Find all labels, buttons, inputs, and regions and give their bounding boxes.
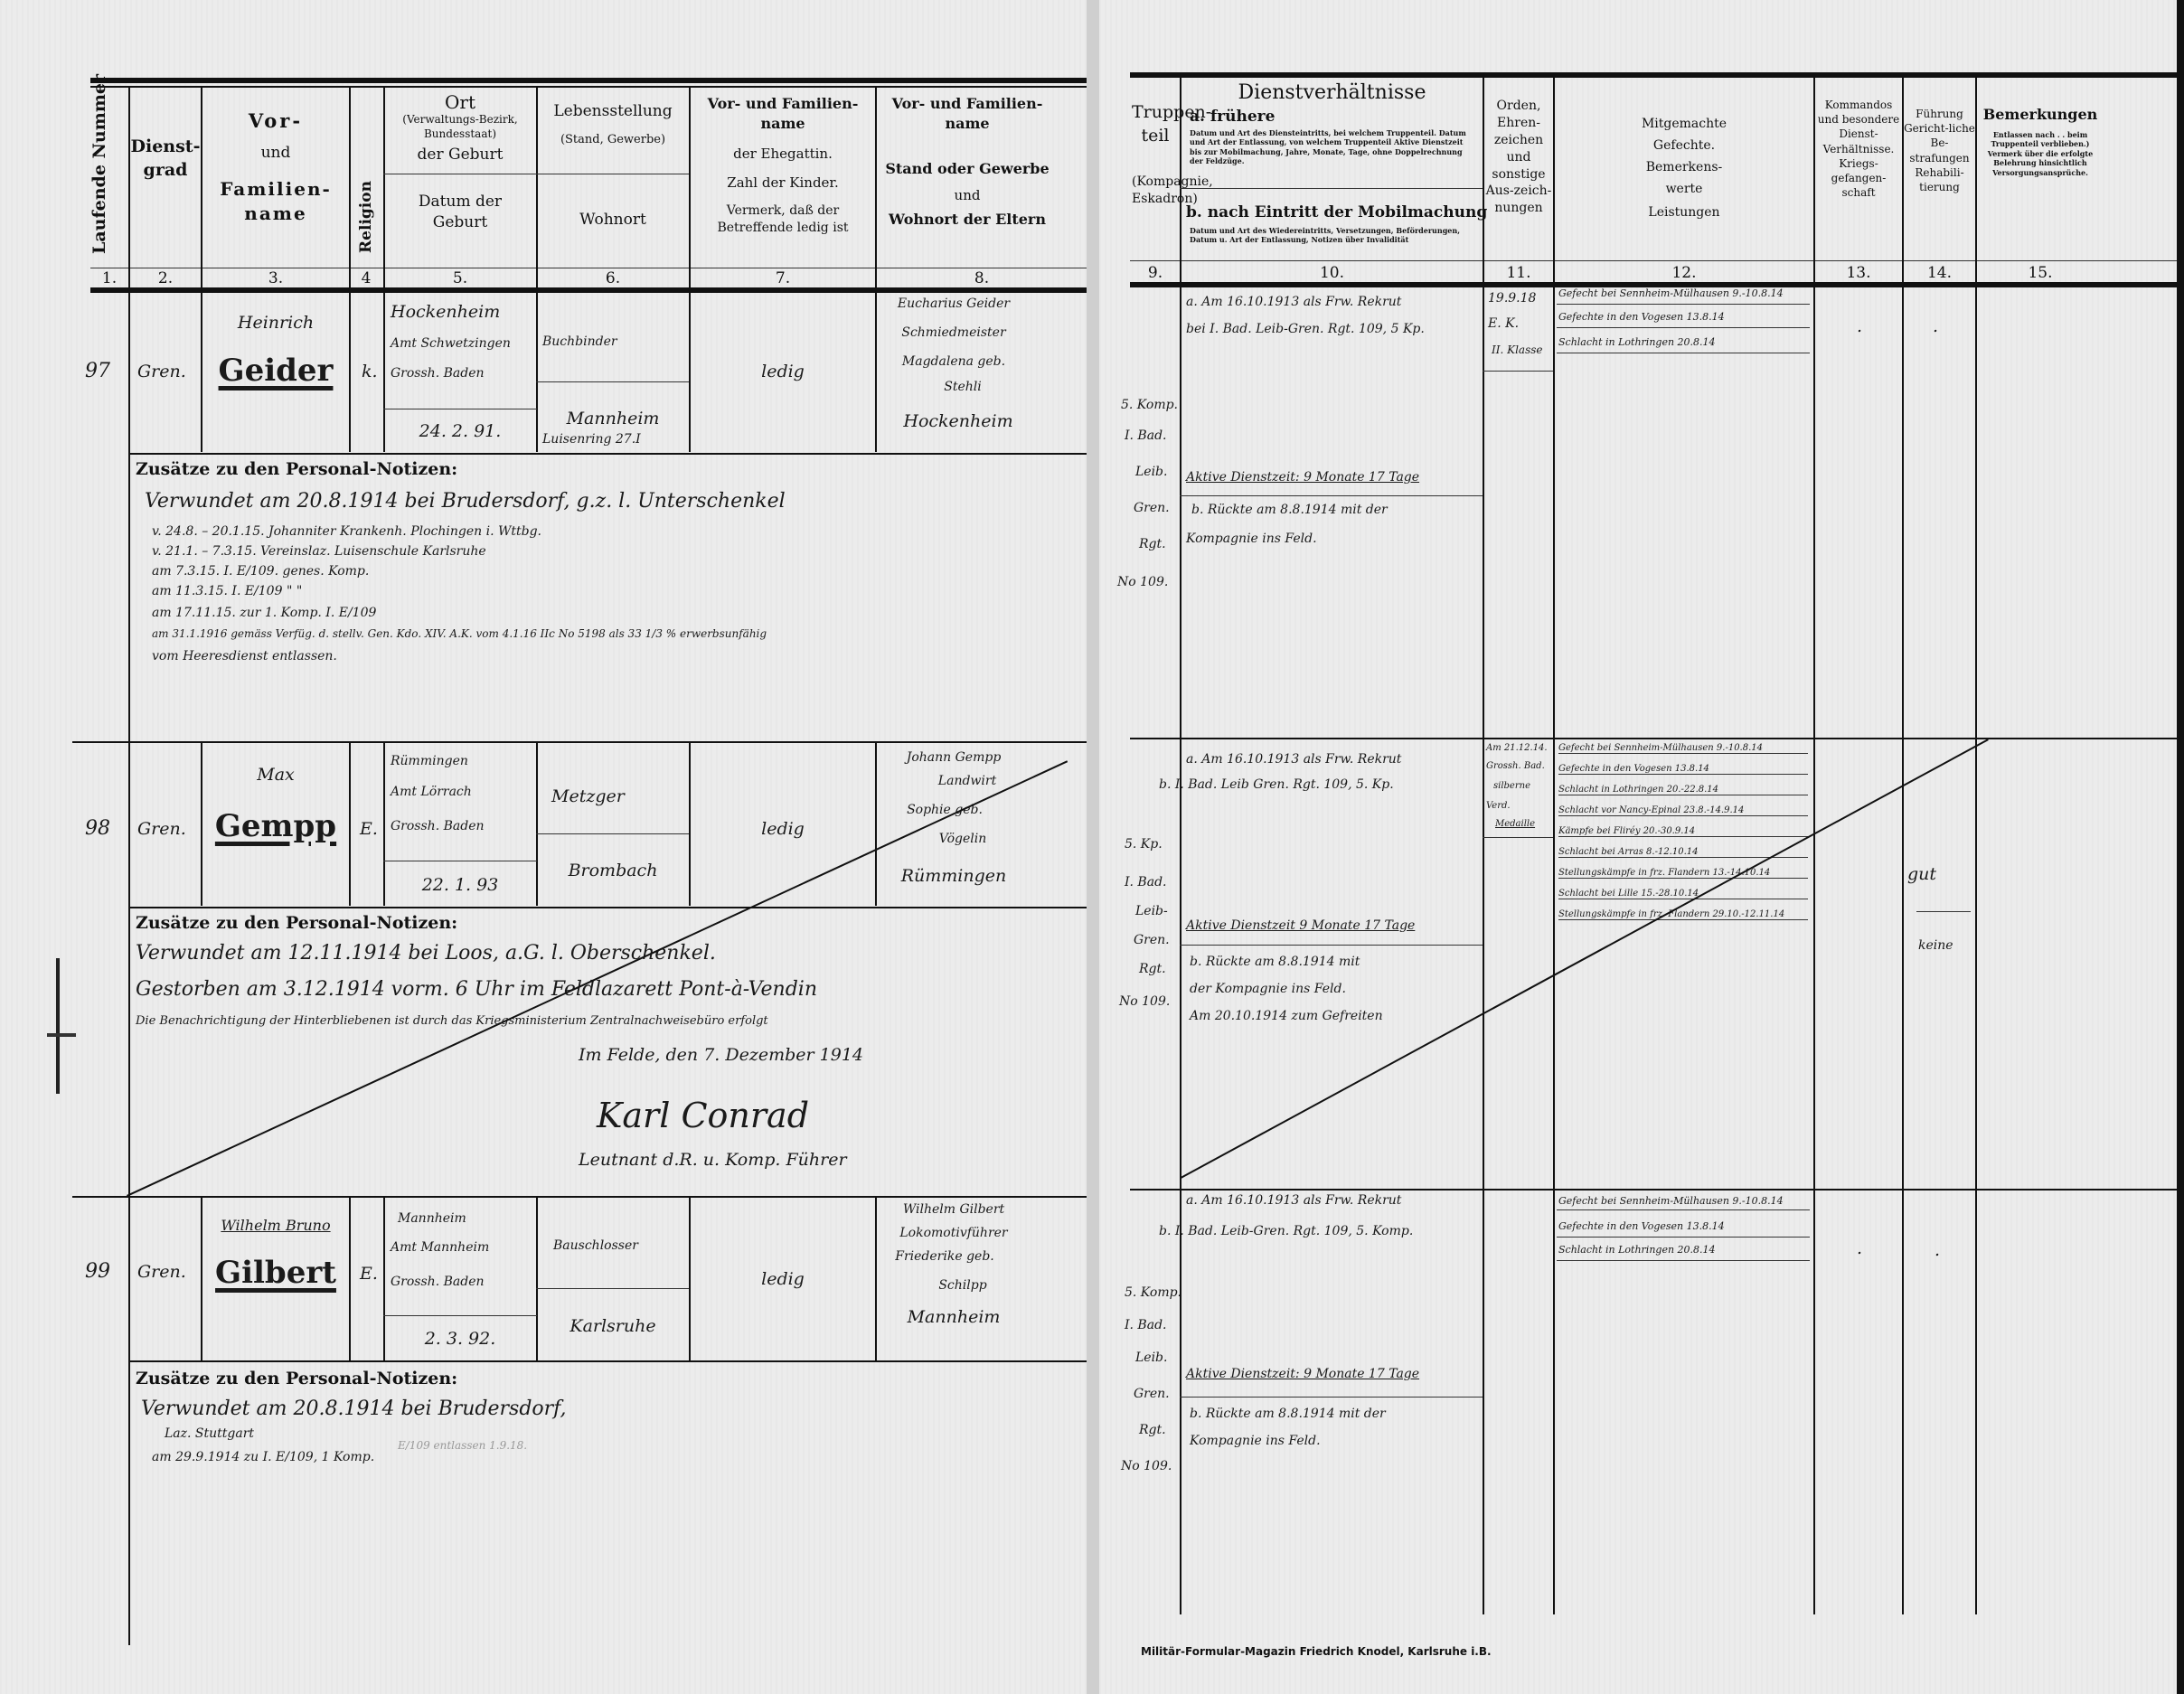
vorname: Heinrich [202,313,349,333]
eltern-4: Stehli [877,380,1049,394]
zusatz-line: Gestorben am 3.12.1914 vorm. 6 Uhr im Fe… [136,978,817,1001]
gefecht: Schlacht vor Nancy-Epinal 23.8.-14.9.14 [1558,805,1808,816]
dienst-a-2: b. I. Bad. Leib-Gren. Rgt. 109, 5. Komp. [1159,1224,1413,1238]
zusatz-line: Laz. Stuttgart [165,1426,254,1441]
truppenteil-5: Rgt. [1139,1423,1166,1437]
zusatz-line: am 31.1.1916 gemäss Verfüg. d. stellv. G… [152,627,767,640]
colnum-5: 5. [385,269,535,287]
eltern-2: Schmiedmeister [877,325,1031,340]
gefecht: Schlacht in Lothringen 20.8.14 [1558,1244,1716,1256]
place-date: Im Felde, den 7. Dezember 1914 [579,1045,863,1065]
kommandos: . [1857,1238,1862,1258]
familienstand: ledig [691,819,875,839]
religion: E. [360,1264,378,1284]
truppenteil-2: I. Bad. [1125,1318,1166,1332]
orden-1: Am 21.12.14. [1486,743,1548,753]
truppenteil-4: Gren. [1134,501,1170,515]
dienst-b-1: b. Rückte am 8.8.1914 mit [1190,955,1360,969]
header-fruehere-desc: Datum und Art des Diensteintritts, bei w… [1190,128,1477,166]
signature: Karl Conrad [597,1096,809,1135]
header-fruehere: a. frühere [1190,107,1275,127]
geburtsort-1: Mannheim [398,1211,466,1226]
dienst-a-1: a. Am 16.10.1913 als Frw. Rekrut [1186,752,1401,767]
stand: Bauschlosser [553,1238,638,1253]
header-leistungen: Leistungen [1555,204,1813,221]
eltern-4: Schilpp [895,1278,1031,1293]
colnum-3: 3. [202,269,349,287]
fuehrung: gut [1907,864,1936,884]
eltern-4: Vögelin [895,832,1031,846]
dienstgrad: Gren. [137,362,186,381]
header-ehegattin: der Ehegattin. [691,145,875,163]
geburtsdatum: 22. 1. 93 [385,875,535,895]
eltern-5: Mannheim [877,1307,1031,1327]
fuehrung: . [1933,316,1938,336]
fuehrung: . [1935,1240,1940,1260]
header-dienstgrad: Dienst-grad [130,136,201,182]
truppenteil-3: Leib- [1135,904,1168,918]
familienname: Gilbert [202,1255,349,1291]
dienst-b-2: Kompagnie ins Feld. [1190,1434,1321,1448]
gefecht: Schlacht in Lothringen 20.-22.8.14 [1558,785,1808,795]
geburtsdatum: 2. 3. 92. [385,1329,535,1349]
wohnort-detail: Luisenring 27.I [542,432,641,447]
header-orden: Orden, Ehren-zeichen und sonstige Aus-ze… [1484,98,1553,217]
header-kompagnie: (Kompagnie, Eskadron) [1132,174,1179,208]
dienstgrad: Gren. [137,819,186,839]
vorname: Max [202,765,349,785]
familienname: Gempp [202,808,349,844]
familienstand: ledig [691,362,875,381]
truppenteil-2: I. Bad. [1125,875,1166,889]
header-religion: Religion [357,163,375,271]
dienst-b-2: Kompagnie ins Feld. [1186,532,1317,546]
geburtsort-1: Rümmingen [391,754,468,768]
gefecht: Gefecht bei Sennheim-Mülhausen 9.-10.8.1… [1558,743,1808,754]
geburtsort-2: Amt Lörrach [391,785,472,799]
geburtsort-2: Amt Schwetzingen [391,336,511,351]
dienstgrad: Gren. [137,1262,186,1282]
death-cross-icon [56,958,60,1094]
header-mitgemachte: Mitgemachte [1555,116,1813,133]
orden-3: silberne [1493,781,1530,791]
header-ledig-vermerk: Vermerk, daß der Betreffende ledig ist [696,202,870,237]
orden-1: 19.9.18 [1488,291,1536,306]
left-page [0,0,1087,1694]
header-stand-gewerbe: (Stand, Gewerbe) [538,132,688,148]
familienstand: ledig [691,1269,875,1289]
header-eltern-stand: Stand oder Gewerbe [877,159,1058,179]
header-datum-geburt: Datum der Geburt [412,192,508,233]
eltern-3: Friederike geb. [877,1249,1012,1264]
death-cross-bar [47,1033,76,1037]
gefecht: Stellungskämpfe in frz. Flandern 13.-14.… [1558,868,1808,879]
header-laufende-nummer: Laufende Nummer [89,91,109,254]
truppenteil-2: I. Bad. [1125,428,1166,443]
header-fuehrung: Führung Gericht-liche Be-strafungen Reha… [1904,107,1975,194]
entry-number: 97 [85,360,110,382]
gefecht: Gefecht bei Sennheim-Mülhausen 9.-10.8.1… [1558,1195,1784,1207]
eltern-3: Magdalena geb. [877,354,1031,369]
geburtsort-3: Grossh. Baden [391,819,485,833]
geburtsort-3: Grossh. Baden [391,366,485,381]
aktive-dienstzeit: Aktive Dienstzeit 9 Monate 17 Tage [1186,918,1415,933]
dienst-a-1: a. Am 16.10.1913 als Frw. Rekrut [1186,1193,1401,1208]
geburtsort-1: Hockenheim [391,302,500,322]
zusatz-line: am 7.3.15. I. E/109. genes. Komp. [152,564,369,579]
colnum-2: 2. [130,269,201,287]
book-gutter [1087,0,1099,1694]
header-nach-mobilmachung-desc: Datum und Art des Wiedereintritts, Verse… [1190,226,1477,245]
page-edge [2177,0,2184,1694]
truppenteil-1: 5. Komp. [1121,398,1178,412]
printer-imprint: Militär-Formular-Magazin Friedrich Knode… [1141,1645,1492,1658]
dienst-a-2: b. I. Bad. Leib Gren. Rgt. 109, 5. Kp. [1159,777,1394,792]
colnum-1: 1. [90,269,128,287]
entry-number: 99 [85,1260,110,1283]
header-vorname: Vor- [202,108,349,134]
gefecht: Gefecht bei Sennheim-Mülhausen 9.-10.8.1… [1558,287,1784,299]
header-und: und [202,143,349,164]
gefecht: Kämpfe bei Fliréy 20.-30.9.14 [1558,826,1808,837]
zusatz-title: Zusätze zu den Personal-Notizen: [136,459,457,479]
header-ehegattin-name: Vor- und Familien-name [691,94,875,133]
geburtsdatum: 24. 2. 91. [385,421,535,441]
colnum-12: 12. [1555,264,1813,282]
vorname: Wilhelm Bruno [202,1217,349,1234]
zusatz-line: Verwundet am 20.8.1914 bei Brudersdorf, … [145,490,786,513]
colnum-15: 15. [1977,264,2104,282]
strafen: keine [1918,938,1953,953]
colnum-4: 4 [349,269,383,287]
header-kommandos: Kommandos und besondere Dienst-Verhältni… [1815,98,1902,200]
zusatz-line: Verwundet am 12.11.1914 bei Loos, a.G. l… [136,942,716,965]
header-bemerkens: Bemerkens- [1555,159,1813,176]
header-ort-sub: (Verwaltungs-Bezirk, Bundesstaat) [385,112,535,141]
orden-4: Verd. [1486,801,1511,811]
header-kinder: Zahl der Kinder. [691,174,875,192]
zusatz-line: vom Heeresdienst entlassen. [152,649,337,663]
header-bemerkungen-desc: Entlassen nach . . beim Truppenteil verb… [1982,130,2099,177]
zusatz-line: am 11.3.15. I. E/109 " " [152,584,302,598]
gefecht: Stellungskämpfe in frz. Flandern 29.10.-… [1558,909,1808,920]
dienst-b-3: Am 20.10.1914 zum Gefreiten [1190,1009,1383,1023]
truppenteil-6: No 109. [1121,1459,1172,1473]
wohnort: Brombach [538,861,688,880]
familienname: Geider [202,353,349,389]
entry-number: 98 [85,817,110,840]
eltern-1: Eucharius Geider [877,296,1031,311]
geburtsort-3: Grossh. Baden [391,1275,485,1289]
stand: Metzger [551,786,625,806]
truppenteil-5: Rgt. [1139,962,1166,976]
dienst-a-2: bei I. Bad. Leib-Gren. Rgt. 109, 5 Kp. [1186,322,1425,336]
colnum-8: 8. [877,269,1087,287]
signature-title: Leutnant d.R. u. Komp. Führer [579,1150,847,1170]
header-familienname: Familien-name [212,177,340,226]
truppenteil-6: No 109. [1117,575,1168,589]
zusatz-title: Zusätze zu den Personal-Notizen: [136,1369,457,1388]
wohnort: Karlsruhe [538,1316,688,1336]
truppenteil-3: Leib. [1135,1350,1167,1365]
religion: E. [360,819,378,839]
header-bemerkungen: Bemerkungen [1977,105,2104,125]
zusatz-line: v. 24.8. – 20.1.15. Johanniter Krankenh.… [152,524,541,539]
truppenteil-1: 5. Komp. [1125,1285,1181,1300]
wohnort: Mannheim [538,409,688,428]
header-eltern-wohnort: Wohnort der Eltern [877,210,1058,230]
eltern-5: Rümmingen [877,866,1031,886]
kommandos: . [1857,316,1862,336]
gefecht: Gefechte in den Vogesen 13.8.14 [1558,764,1808,775]
header-lebensstellung: Lebensstellung [538,101,688,122]
header-eltern-name: Vor- und Familien-name [877,94,1058,133]
gefecht: Gefechte in den Vogesen 13.8.14 [1558,311,1725,323]
zusatz-line: v. 21.1. – 7.3.15. Vereinslaz. Luisensch… [152,544,486,559]
header-der-geburt: der Geburt [385,145,535,165]
header-dienstverhaeltnisse: Dienstverhältnisse [1181,80,1483,107]
eltern-5: Hockenheim [877,411,1040,431]
colnum-7: 7. [691,269,875,287]
header-eltern-und: und [877,186,1058,204]
gefecht: Schlacht in Lothringen 20.8.14 [1558,336,1716,348]
eltern-1: Johann Gempp [877,750,1031,765]
orden-3: II. Klasse [1492,344,1542,356]
zusatz-line: am 17.11.15. zur 1. Komp. I. E/109 [152,606,376,620]
aktive-dienstzeit: Aktive Dienstzeit: 9 Monate 17 Tage [1186,470,1419,485]
eltern-2: Lokomotivführer [877,1226,1031,1240]
zusatz-note: E/109 entlassen 1.9.18. [398,1439,527,1452]
eltern-3: Sophie geb. [877,803,1012,817]
zusatz-line: Verwundet am 20.8.1914 bei Brudersdorf, [141,1398,567,1420]
header-gefechte: Gefechte. [1555,137,1813,155]
truppenteil-3: Leib. [1135,465,1167,479]
colnum-9: 9. [1132,264,1179,282]
header-werte: werte [1555,181,1813,198]
truppenteil-6: No 109. [1119,994,1170,1009]
dienst-b-1: b. Rückte am 8.8.1914 mit der [1190,1407,1386,1421]
orden-2: E. K. [1488,316,1519,331]
eltern-1: Wilhelm Gilbert [877,1202,1031,1217]
zusatz-line: Die Benachrichtigung der Hinterbliebenen… [136,1014,768,1028]
geburtsort-2: Amt Mannheim [391,1240,489,1255]
colnum-10: 10. [1181,264,1483,282]
colnum-13: 13. [1815,264,1902,282]
zusatz-title: Zusätze zu den Personal-Notizen: [136,913,457,933]
truppenteil-4: Gren. [1134,933,1170,947]
header-ort: Ort [385,90,535,115]
header-nach-mobilmachung: b. nach Eintritt der Mobilmachung [1186,202,1487,223]
colnum-14: 14. [1904,264,1975,282]
gefecht: Schlacht bei Lille 15.-28.10.14 [1558,889,1808,899]
dienst-b-2: der Kompagnie ins Feld. [1190,982,1346,996]
stand: Buchbinder [542,334,617,349]
aktive-dienstzeit: Aktive Dienstzeit: 9 Monate 17 Tage [1186,1367,1419,1381]
header-truppenteil: Truppen-teil [1132,101,1179,147]
truppenteil-5: Rgt. [1139,537,1166,551]
dienst-a-1: a. Am 16.10.1913 als Frw. Rekrut [1186,295,1401,309]
zusatz-line: am 29.9.1914 zu I. E/109, 1 Komp. [152,1450,374,1464]
dienst-b-1: b. Rückte am 8.8.1914 mit der [1191,503,1388,517]
religion: k. [362,362,378,381]
colnum-6: 6. [538,269,688,287]
orden-2: Grossh. Bad. [1486,761,1545,771]
colnum-11: 11. [1484,264,1553,282]
gefecht: Gefechte in den Vogesen 13.8.14 [1558,1220,1725,1232]
truppenteil-1: 5. Kp. [1125,837,1163,852]
orden-5: Medaille [1495,819,1535,829]
header-wohnort: Wohnort [538,210,688,231]
truppenteil-4: Gren. [1134,1387,1170,1401]
